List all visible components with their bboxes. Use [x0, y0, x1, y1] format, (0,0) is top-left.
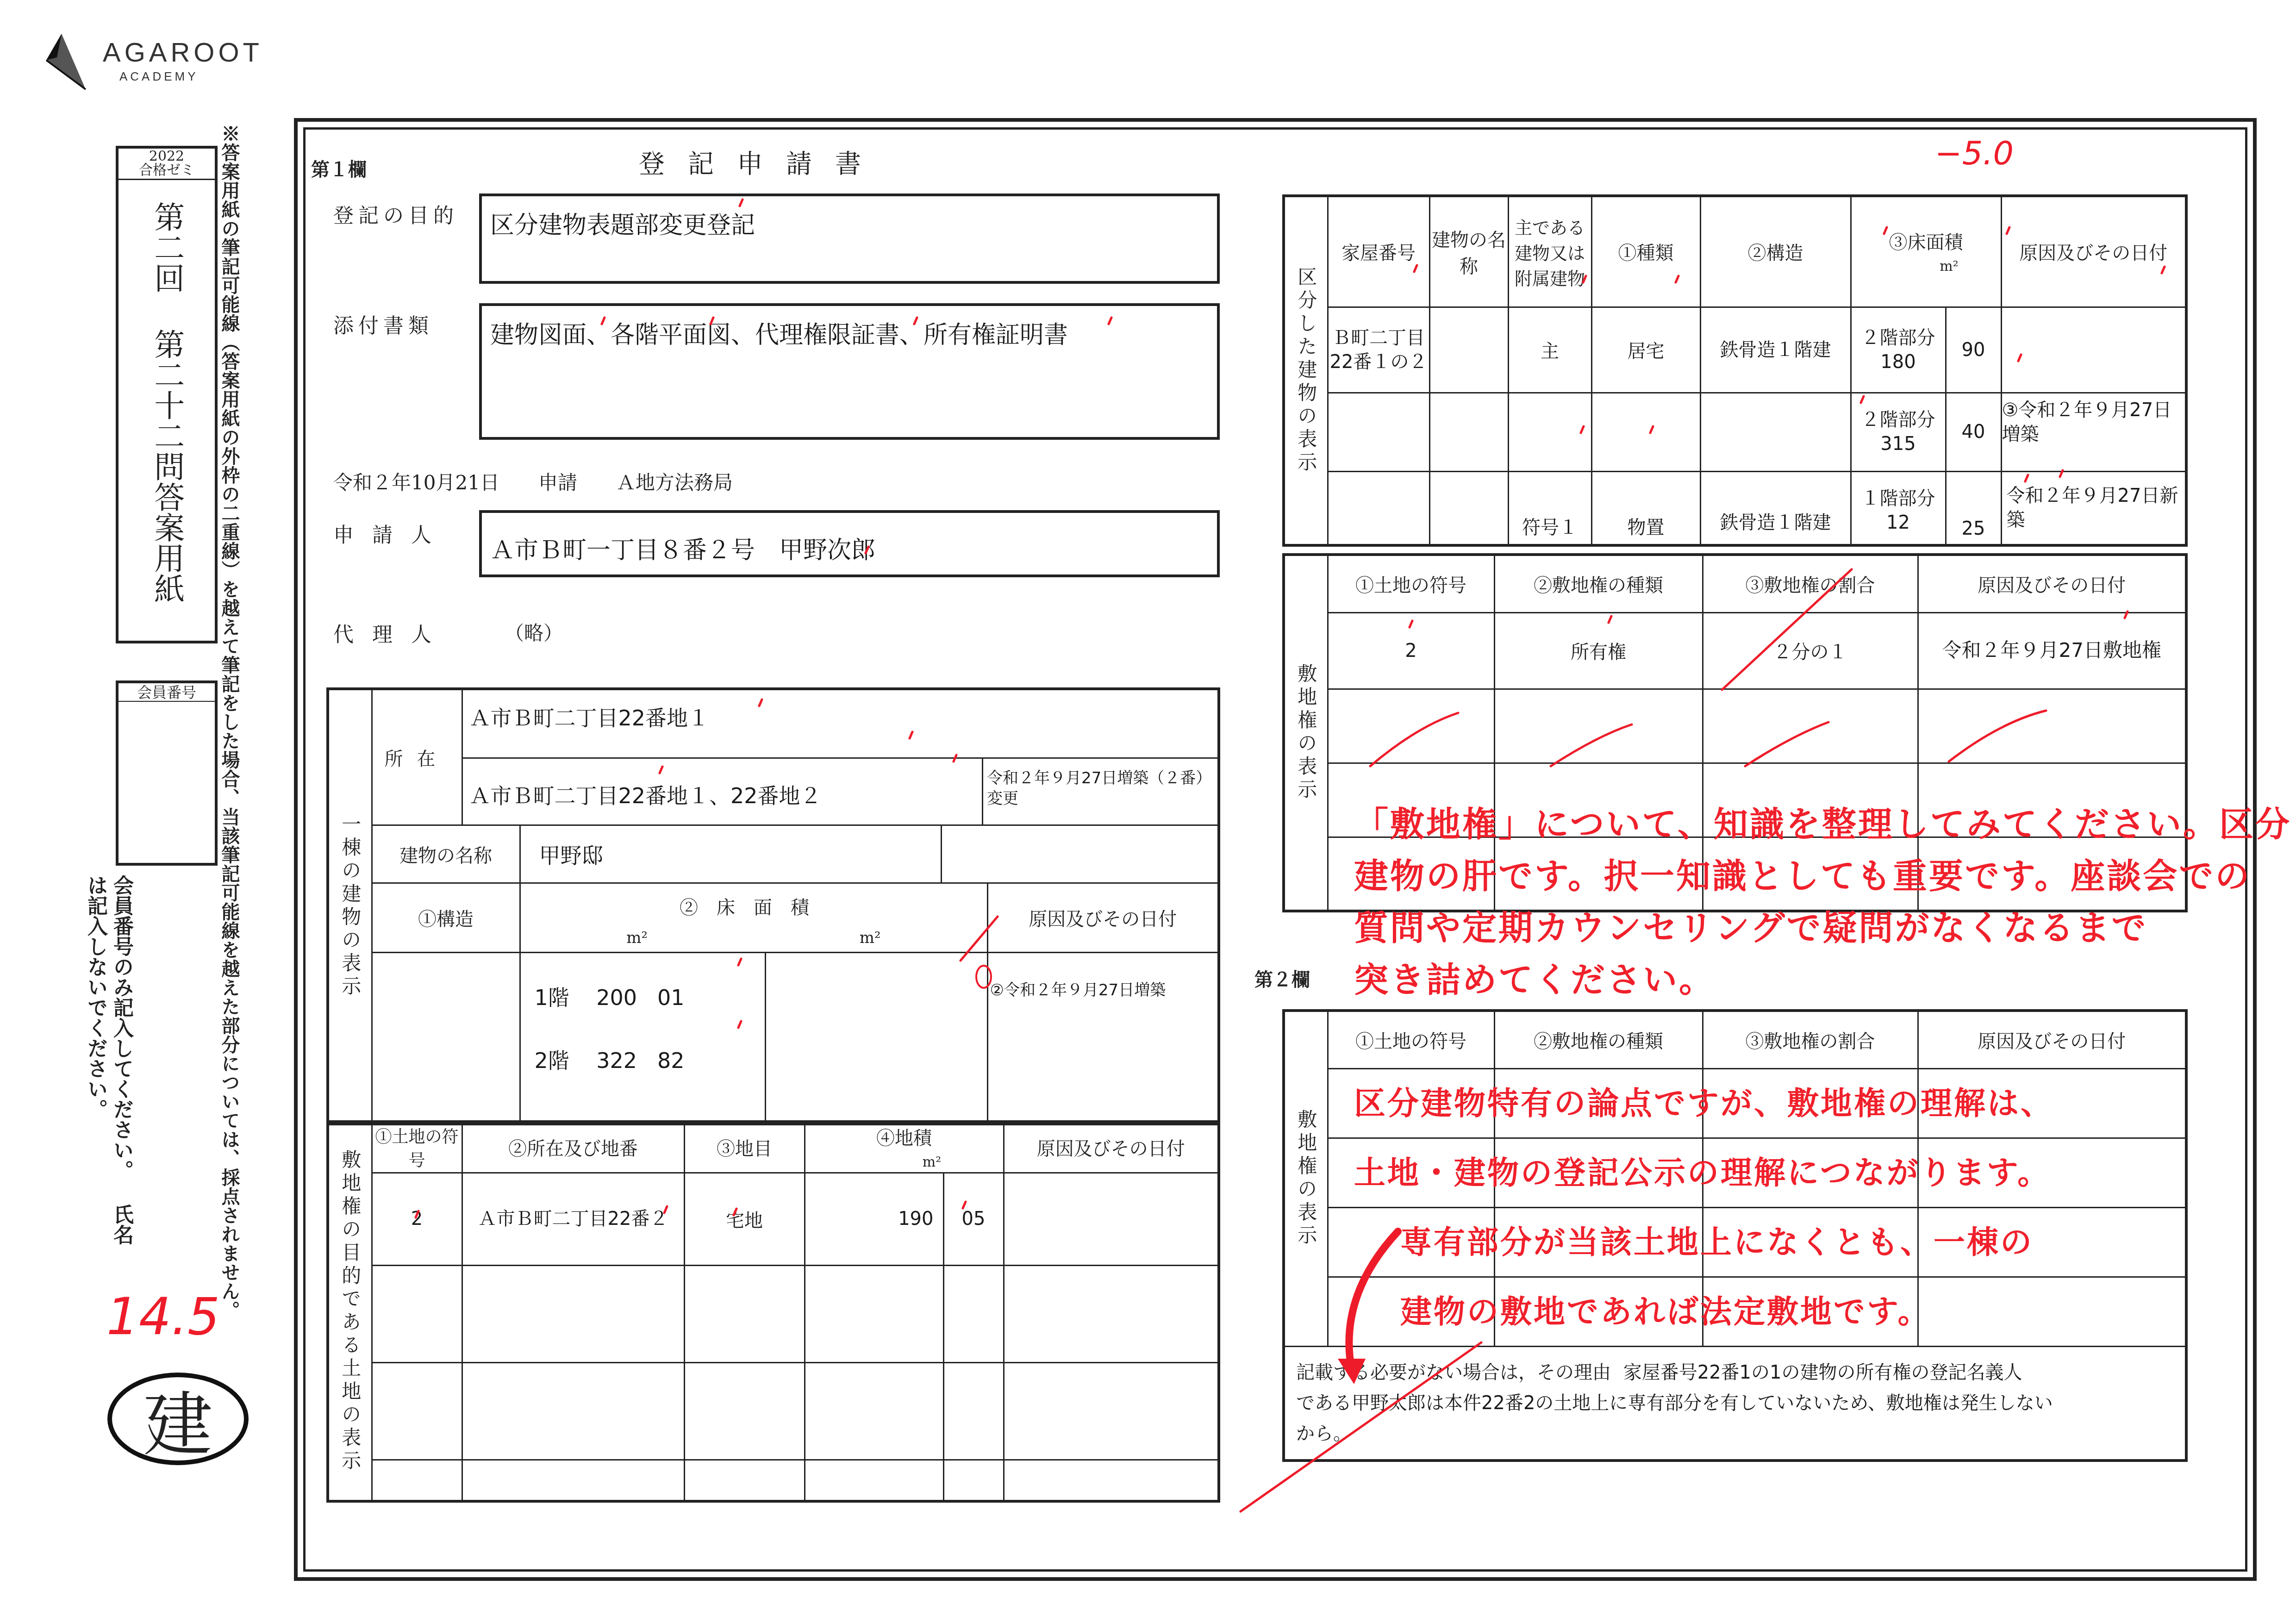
- location-label: 所在: [372, 689, 462, 825]
- land-category[interactable]: 宅地: [684, 1173, 805, 1265]
- floor-area-label: ②床面積: [521, 893, 987, 919]
- floor-area-int[interactable]: １階部分 12: [1851, 471, 1946, 545]
- applicant-value: Ａ市Ｂ町一丁目８番２号 甲野次郎: [490, 531, 875, 565]
- exam-info-box: 2022 合格ゼミ 第二回 第二十二問答案用紙: [116, 146, 218, 643]
- land-cause[interactable]: [1004, 1173, 1219, 1265]
- purpose-value: 区分建物表題部変更登記: [490, 206, 755, 240]
- location-cause: 令和２年９月27日増築（２番）変更: [982, 759, 1217, 824]
- header-house-no: 家屋番号: [1328, 196, 1429, 307]
- right-kind[interactable]: 所有権: [1494, 612, 1703, 689]
- cause[interactable]: [2001, 307, 2186, 393]
- land-code[interactable]: 2: [1328, 612, 1494, 689]
- table-row: [1284, 689, 2186, 763]
- header-right-ratio: ③敷地権の割合: [1703, 555, 1918, 612]
- land-location[interactable]: Ａ市Ｂ町二丁目22番２: [462, 1173, 684, 1265]
- cell[interactable]: [805, 1265, 943, 1362]
- cell[interactable]: [1703, 689, 1918, 763]
- cell[interactable]: [943, 1265, 1004, 1362]
- right-cause[interactable]: 令和２年９月27日敷地権: [1918, 612, 2186, 689]
- table-row: 2 所有権 ２分の１ 令和２年９月27日敷地権: [1284, 612, 2186, 689]
- header-right-ratio: ③敷地権の割合: [1703, 1011, 1918, 1068]
- header-land-code: ①土地の符号: [1328, 555, 1494, 612]
- header-building-name: 建物の名称: [1429, 196, 1508, 307]
- attachments-label: 添付書類: [333, 309, 433, 339]
- agent-value: （略）: [505, 618, 563, 646]
- house-no[interactable]: [1328, 471, 1429, 545]
- land-code[interactable]: 2: [372, 1173, 462, 1265]
- header-right-kind: ②敷地権の種類: [1494, 1011, 1703, 1068]
- header-area: ④地積m²: [805, 1122, 1004, 1173]
- floor-area-empty[interactable]: [765, 953, 987, 1124]
- unit-building-side-label: 区分した建物の表示: [1284, 196, 1328, 545]
- table-row: 2 Ａ市Ｂ町二丁目22番２ 宅地 190 05: [328, 1173, 1219, 1265]
- building-name-value: 甲野邸: [539, 843, 603, 868]
- member-note: 会員番号のみ記入してください。 氏名は記入しないでください。: [82, 875, 134, 1245]
- reason-line3: から。: [1296, 1423, 1352, 1444]
- kind[interactable]: [1591, 393, 1700, 471]
- application-date-line: 令和２年10月21日 申請 Ａ地方法務局: [333, 468, 733, 495]
- table-row: ２階部分 315 40 ③令和２年９月27日増築: [1284, 393, 2186, 471]
- writing-area-notice: ※答案用紙の筆記可能線（答案用紙の外枠の二重線）を越えて筆記をした場合、当該筆記…: [220, 124, 238, 1328]
- form-title: 登記申請書: [639, 144, 884, 181]
- table-row: [328, 1265, 1219, 1362]
- cell[interactable]: [462, 1460, 684, 1501]
- feedback-comment-1: 「敷地権」について、知識を整理してみてください。区分 建物の肝です。択一知識とし…: [1354, 799, 2291, 1006]
- cell[interactable]: [805, 1362, 943, 1460]
- site-right-side-label: 敷地権の表示: [1284, 555, 1328, 911]
- structure[interactable]: [1700, 393, 1851, 471]
- building-side-label: 一棟の建物の表示: [328, 689, 372, 1124]
- zemi-name: 合格ゼミ: [119, 163, 215, 177]
- exam-title: 第二回 第二十二問答案用紙: [150, 180, 182, 615]
- cell[interactable]: [372, 1265, 462, 1362]
- cell[interactable]: [1918, 689, 2186, 763]
- cell[interactable]: [372, 1460, 462, 1501]
- structure-label: ①構造: [372, 883, 520, 953]
- reason-line2: である甲野太郎は本件22番2の土地上に専有部分を有していないため、敷地権は発生し…: [1296, 1392, 2053, 1414]
- member-number-box: 会員番号: [116, 680, 218, 866]
- unit-m2: m²: [860, 929, 881, 947]
- building-table: 一棟の建物の表示 所在 Ａ市Ｂ町二丁目22番地１ Ａ市Ｂ町二丁目22番地１、22…: [326, 687, 1220, 1125]
- feedback-comment-2: 区分建物特有の論点ですが、敷地権の理解は、 土地・建物の登記公示の理解につながり…: [1354, 1069, 2054, 1347]
- triangle-logo-icon: [44, 31, 88, 92]
- structure[interactable]: 鉄骨造１階建: [1700, 471, 1851, 545]
- site-land-side-label: 敷地権の目的である土地の表示: [328, 1122, 372, 1501]
- cell[interactable]: [372, 1362, 462, 1460]
- reason-line1: 家屋番号22番1の1の建物の所有権の登記名義人: [1623, 1362, 2022, 1383]
- table-row: 符号１ 物置 鉄骨造１階建 １階部分 12 25 令和２年９月27日新築: [1284, 471, 2186, 545]
- reason-field[interactable]: 記載する必要がない場合は，その理由 家屋番号22番1の1の建物の所有権の登記名義…: [1284, 1346, 2186, 1461]
- land-area-int[interactable]: 190: [805, 1173, 943, 1265]
- building-name[interactable]: [1429, 393, 1508, 471]
- agent-label: 代理人: [333, 618, 450, 648]
- floor-area-int[interactable]: ２階部分 180: [1851, 307, 1946, 393]
- site-land-table: 敷地権の目的である土地の表示 ①土地の符号 ②所在及び地番 ③地目 ④地積m² …: [326, 1120, 1220, 1503]
- member-note-line1: 会員番号のみ記入してください。: [110, 875, 133, 1180]
- location-cell[interactable]: Ａ市Ｂ町二丁目22番地１ Ａ市Ｂ町二丁目22番地１、22番地２ 令和２年９月27…: [462, 689, 1219, 825]
- cell[interactable]: [943, 1362, 1004, 1460]
- reason-prefix: 記載する必要がない場合は，その理由: [1296, 1362, 1611, 1383]
- floor-area-dec[interactable]: 90: [1946, 307, 2001, 393]
- land-area-dec[interactable]: 05: [943, 1173, 1004, 1265]
- floor2-dec: 82: [657, 1048, 685, 1073]
- section2-label: 第２欄: [1254, 965, 1310, 992]
- header-structure: ②構造: [1700, 196, 1851, 307]
- table-row: [328, 1460, 1219, 1501]
- attachments-value: 建物図面、各階平面図、代理権限証書、所有権証明書: [490, 315, 1068, 350]
- building-name-label: 建物の名称: [372, 825, 520, 883]
- purpose-label: 登記の目的: [333, 199, 458, 229]
- unit-m2: m²: [626, 929, 648, 947]
- cell[interactable]: [462, 1265, 684, 1362]
- floor-cause-value: ②令和２年９月27日増築: [990, 981, 1166, 999]
- building-name[interactable]: [1429, 307, 1508, 393]
- main-or-annex[interactable]: [1508, 393, 1591, 471]
- deduction-mark: −5.0: [1935, 134, 2014, 172]
- cell[interactable]: [1494, 689, 1703, 763]
- cell[interactable]: [943, 1460, 1004, 1501]
- cell[interactable]: [1004, 1265, 1219, 1362]
- cell[interactable]: [462, 1362, 684, 1460]
- header-cause: 原因及びその日付: [2001, 196, 2186, 307]
- cell[interactable]: [684, 1362, 805, 1460]
- main-or-annex[interactable]: 主: [1508, 307, 1591, 393]
- unit-building-table: 区分した建物の表示 家屋番号 建物の名称 主である建物又は附属建物 ①種類 ②構…: [1282, 194, 2188, 547]
- cause-header: 原因及びその日付: [987, 883, 1219, 953]
- floor-cause[interactable]: ②令和２年９月27日増築: [987, 953, 1219, 1124]
- floor-area-dec[interactable]: 25: [1946, 471, 2001, 545]
- header-cause: 原因及びその日付: [1918, 555, 2186, 612]
- brand-sub: ACADEMY: [119, 69, 199, 84]
- applicant-field[interactable]: Ａ市Ｂ町一丁目８番２号 甲野次郎: [479, 510, 1220, 577]
- floor-area-values[interactable]: 1階 200 01 2階 322 82: [520, 953, 765, 1124]
- cell[interactable]: [684, 1460, 805, 1501]
- header-land-code: ①土地の符号: [1328, 1011, 1494, 1068]
- header-cause: 原因及びその日付: [1918, 1011, 2186, 1068]
- header-floor-area: ③床面積m²: [1851, 196, 2001, 307]
- structure-value[interactable]: [372, 953, 520, 1124]
- cause[interactable]: ③令和２年９月27日増築: [2001, 393, 2186, 471]
- house-no[interactable]: [1328, 393, 1429, 471]
- member-number-field[interactable]: [119, 702, 215, 859]
- header-kind: ①種類: [1591, 196, 1700, 307]
- floor-area-dec[interactable]: 40: [1946, 393, 2001, 471]
- building-name-field[interactable]: 甲野邸: [520, 825, 941, 883]
- brand-name: AGAROOT: [103, 37, 263, 68]
- cell[interactable]: [684, 1265, 805, 1362]
- category-stamp: 建: [107, 1373, 249, 1465]
- zemi-year: 2022: [119, 149, 215, 163]
- building-name[interactable]: [1429, 471, 1508, 545]
- header-land-code: ①土地の符号: [372, 1122, 462, 1173]
- member-number-label: 会員番号: [119, 683, 215, 702]
- house-no[interactable]: Ｂ町二丁目22番１の２: [1328, 307, 1429, 393]
- zemi-header: 2022 合格ゼミ: [119, 149, 215, 180]
- site-right-side-label: 敷地権の表示: [1284, 1011, 1328, 1346]
- purpose-field[interactable]: 区分建物表題部変更登記: [479, 194, 1220, 284]
- attachments-field[interactable]: 建物図面、各階平面図、代理権限証書、所有権証明書: [479, 303, 1220, 440]
- cell[interactable]: [805, 1460, 943, 1501]
- kind[interactable]: 物置: [1591, 471, 1700, 545]
- location-new: Ａ市Ｂ町二丁目22番地１、22番地２: [469, 783, 822, 808]
- floor-area-int[interactable]: ２階部分 315: [1851, 393, 1946, 471]
- cell[interactable]: [1004, 1460, 1219, 1501]
- header-category: ③地目: [684, 1122, 805, 1173]
- header-main-annex: 主である建物又は附属建物: [1508, 196, 1591, 307]
- location-old: Ａ市Ｂ町二丁目22番地１: [469, 705, 710, 730]
- table-row: Ｂ町二丁目22番１の２ 主 居宅 鉄骨造１階建 ２階部分 180 90: [1284, 307, 2186, 393]
- structure[interactable]: 鉄骨造１階建: [1700, 307, 1851, 393]
- floor-area-header: ②床面積 m² m²: [520, 883, 987, 953]
- cell[interactable]: [1328, 689, 1494, 763]
- right-ratio[interactable]: ２分の１: [1703, 612, 1918, 689]
- cause[interactable]: 令和２年９月27日新築: [2001, 471, 2186, 545]
- header-right-kind: ②敷地権の種類: [1494, 555, 1703, 612]
- applicant-label: 申請人: [333, 518, 450, 548]
- cell[interactable]: [1004, 1362, 1219, 1460]
- floor1-dec: 01: [657, 985, 685, 1010]
- section1-label: 第１欄: [311, 155, 367, 181]
- kind[interactable]: 居宅: [1591, 307, 1700, 393]
- table-row: [328, 1362, 1219, 1460]
- total-score: 14.5: [106, 1287, 220, 1346]
- header-cause: 原因及びその日付: [1004, 1122, 1219, 1173]
- main-or-annex[interactable]: 符号１: [1508, 471, 1591, 545]
- header-location: ②所在及び地番: [462, 1122, 684, 1173]
